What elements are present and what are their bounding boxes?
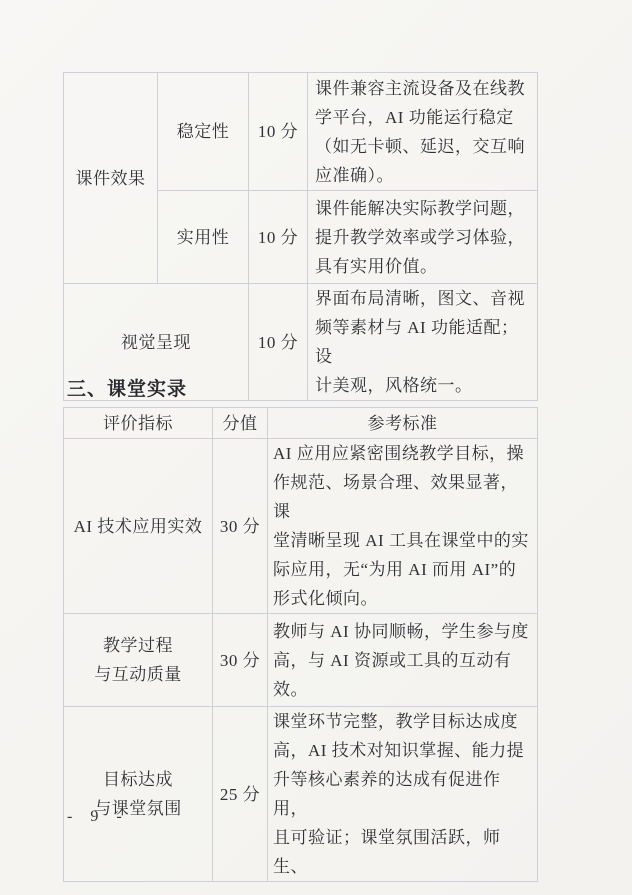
document-page: 课件效果 稳定性 10 分 课件兼容主流设备及在线教 学平台，AI 功能运行稳定… xyxy=(0,0,632,895)
criteria-cell: 课件兼容主流设备及在线教 学平台，AI 功能运行稳定 （如无卡顿、延迟，交互响 … xyxy=(308,73,538,191)
score-cell: 30 分 xyxy=(213,439,268,614)
score-cell: 25 分 xyxy=(213,707,268,882)
criteria-cell: 课件能解决实际教学问题， 提升教学效率或学习体验， 具有实用价值。 xyxy=(308,191,538,284)
group-cell-courseware-effect: 课件效果 xyxy=(64,73,158,284)
classroom-recording-table: 评价指标 分值 参考标准 AI 技术应用实效 30 分 AI 应用应紧密围绕教学… xyxy=(63,407,538,882)
criteria-cell: AI 应用应紧密围绕教学目标，操 作规范、场景合理、效果显著，课 堂清晰呈现 A… xyxy=(268,439,538,614)
table-row: 目标达成 与课堂氛围 25 分 课堂环节完整，教学目标达成度 高，AI 技术对知… xyxy=(64,707,538,882)
page-number: - 9 - xyxy=(67,808,129,826)
table-row: AI 技术应用实效 30 分 AI 应用应紧密围绕教学目标，操 作规范、场景合理… xyxy=(64,439,538,614)
header-cell-criteria: 参考标准 xyxy=(268,408,538,439)
header-cell-score: 分值 xyxy=(213,408,268,439)
table-header-row: 评价指标 分值 参考标准 xyxy=(64,408,538,439)
score-cell: 30 分 xyxy=(213,614,268,707)
criteria-cell: 教师与 AI 协同顺畅，学生参与度 高，与 AI 资源或工具的互动有 效。 xyxy=(268,614,538,707)
indicator-cell: 目标达成 与课堂氛围 xyxy=(64,707,213,882)
indicator-cell: 教学过程 与互动质量 xyxy=(64,614,213,707)
table-row: 课件效果 稳定性 10 分 课件兼容主流设备及在线教 学平台，AI 功能运行稳定… xyxy=(64,73,538,191)
score-cell: 10 分 xyxy=(249,73,308,191)
indicator-cell: AI 技术应用实效 xyxy=(64,439,213,614)
table-row: 教学过程 与互动质量 30 分 教师与 AI 协同顺畅，学生参与度 高，与 AI… xyxy=(64,614,538,707)
score-cell: 10 分 xyxy=(249,191,308,284)
indicator-cell: 实用性 xyxy=(158,191,249,284)
indicator-cell: 稳定性 xyxy=(158,73,249,191)
criteria-cell: 界面布局清晰，图文、音视 频等素材与 AI 功能适配；设 计美观，风格统一。 xyxy=(308,284,538,401)
score-cell: 10 分 xyxy=(249,284,308,401)
section-heading: 三、课堂实录 xyxy=(67,374,187,401)
courseware-effect-table: 课件效果 稳定性 10 分 课件兼容主流设备及在线教 学平台，AI 功能运行稳定… xyxy=(63,72,538,401)
criteria-cell: 课堂环节完整，教学目标达成度 高，AI 技术对知识掌握、能力提 升等核心素养的达… xyxy=(268,707,538,882)
header-cell-indicator: 评价指标 xyxy=(64,408,213,439)
